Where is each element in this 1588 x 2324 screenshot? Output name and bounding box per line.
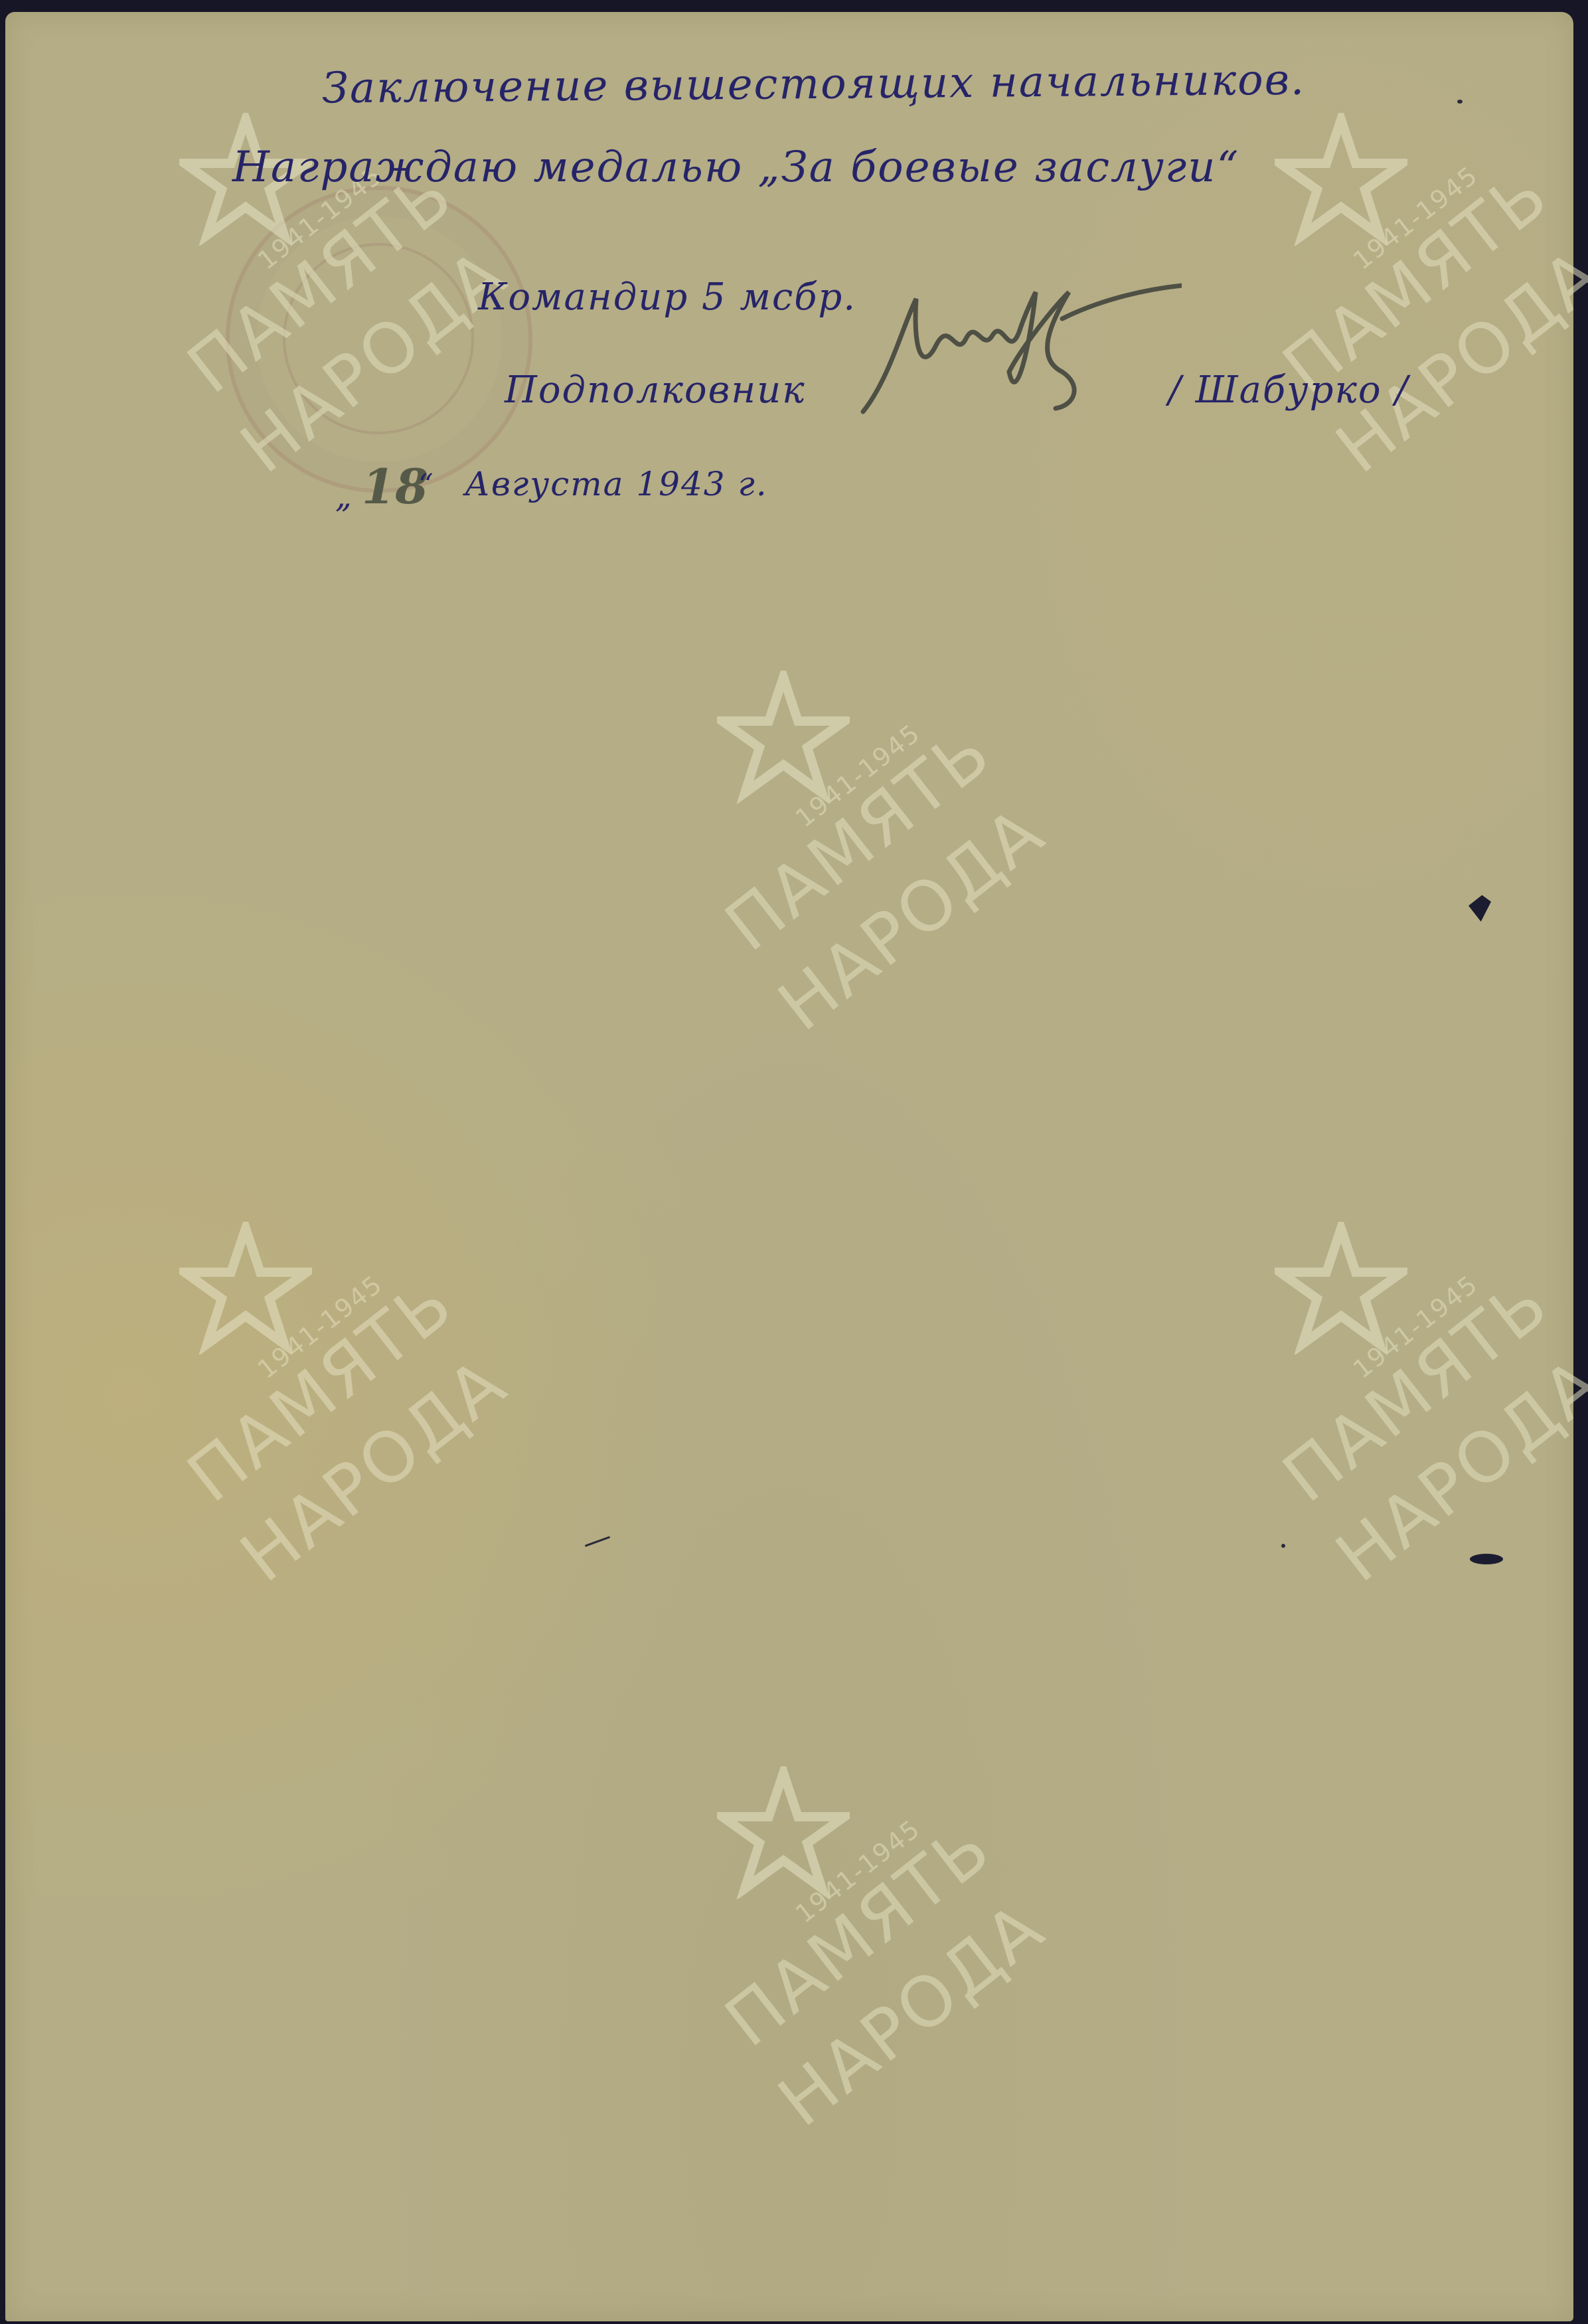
date-close-quote: “ [418,468,435,502]
conclusion-heading: Заключение вышестоящих начальников. [322,56,1306,114]
signatory-name: / Шабурко / [1168,369,1409,412]
watermark: 1941-1945 ПАМЯТЬ НАРОДА [1248,1222,1588,1567]
watermark: 1941-1945 ПАМЯТЬ НАРОДА [690,1766,1036,2112]
pencil-signature [850,272,1182,425]
ink-speck [1281,1544,1285,1548]
award-line: Награждаю медалью „За боевые заслуги“ [232,143,1239,192]
date-open-quote: „ [335,478,353,515]
ink-speck [1457,100,1463,104]
rank-line: Подполковник [505,369,806,412]
watermark: 1941-1945 ПАМЯТЬ НАРОДА [690,671,1036,1016]
position-line: Командир 5 мсбр. [478,276,856,319]
punch-hole [1470,1554,1503,1564]
watermark: 1941-1945 ПАМЯТЬ НАРОДА [153,1222,498,1567]
date-month-year: Августа 1943 г. [465,465,768,503]
